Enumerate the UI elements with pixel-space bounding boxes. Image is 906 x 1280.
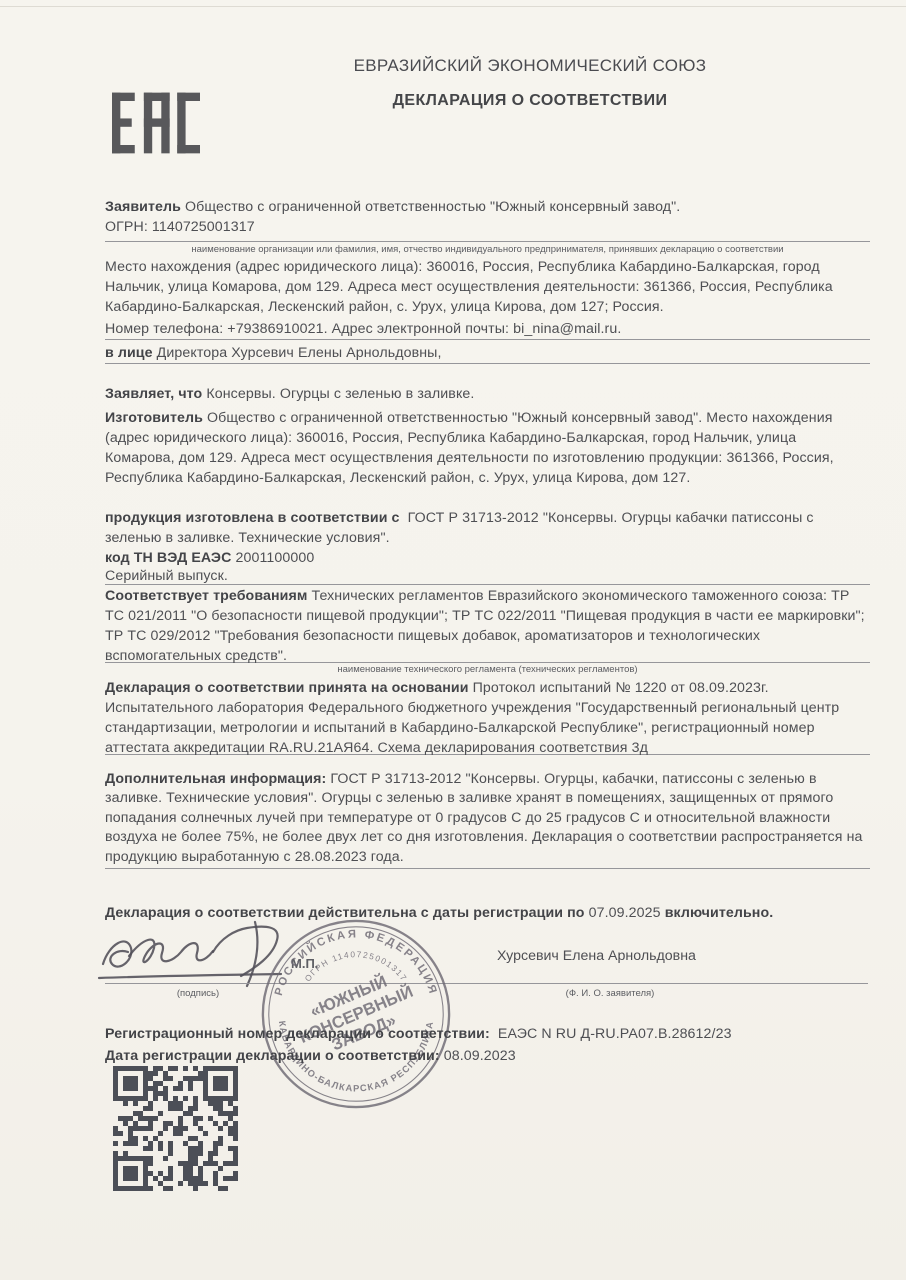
production-standard-label: продукция изготовлена в соответствии с: [105, 510, 400, 526]
applicant-block: Заявитель Общество с ограниченной ответс…: [105, 197, 870, 242]
manufacturer-block: Изготовитель Общество с ограниченной отв…: [105, 408, 863, 488]
registration-date-value: 08.09.2023: [444, 1048, 516, 1064]
applicant-name: Общество с ограниченной ответственностью…: [185, 199, 680, 215]
registration-number-value: ЕАЭС N RU Д-RU.РА07.В.28612/23: [498, 1026, 732, 1042]
compliance-label: Соответствует требованиям: [105, 588, 307, 604]
page-title: ДЕКЛАРАЦИЯ О СООТВЕТСТВИИ: [160, 92, 900, 110]
compliance-caption: наименование технического регламента (те…: [105, 664, 870, 676]
union-name: ЕВРАЗИЙСКИЙ ЭКОНОМИЧЕСКИЙ СОЮЗ: [160, 56, 900, 76]
declares-block: Заявляет, что Консервы. Огурцы с зеленью…: [105, 384, 870, 404]
tnved-label: код ТН ВЭД ЕАЭС: [105, 550, 231, 566]
validity-suffix: включительно.: [665, 905, 774, 921]
additional-info-label: Дополнительная информация:: [105, 771, 326, 787]
registration-number-row: Регистрационный номер декларации о соотв…: [105, 1024, 870, 1044]
scan-edge-artifact: [0, 6, 906, 7]
registration-date-row: Дата регистрации декларации о соответств…: [105, 1046, 870, 1066]
svg-text:ОГРН 1140725001317: ОГРН 1140725001317: [302, 949, 409, 983]
stamp-ogrn-arc: ОГРН 1140725001317: [302, 949, 409, 983]
in-person-label: в лице: [105, 345, 153, 361]
document-page: ЕВРАЗИЙСКИЙ ЭКОНОМИЧЕСКИЙ СОЮЗ ДЕКЛАРАЦИ…: [0, 0, 906, 1280]
declares-label: Заявляет, что: [105, 386, 202, 402]
tnved-block: код ТН ВЭД ЕАЭС 2001100000: [105, 548, 870, 568]
signature-line: [105, 983, 868, 984]
additional-info-block: Дополнительная информация: ГОСТ Р 31713-…: [105, 770, 870, 869]
applicant-caption: наименование организации или фамилия, им…: [105, 244, 870, 256]
validity-date: 07.09.2025: [589, 905, 661, 921]
fio-caption: (Ф. И. О. заявителя): [500, 988, 720, 999]
applicant-fio: Хурсевич Елена Арнольдовна: [497, 948, 696, 964]
manufacturer-text: Общество с ограниченной ответственностью…: [105, 410, 834, 486]
applicant-ogrn: ОГРН: 1140725001317: [105, 219, 255, 235]
in-person-value: Директора Хурсевич Елены Арнольдовны,: [157, 345, 442, 361]
declares-text: Консервы. Огурцы с зеленью в заливке.: [206, 386, 474, 402]
applicant-contacts: Номер телефона: +79386910021. Адрес элек…: [105, 319, 870, 340]
manufacturer-label: Изготовитель: [105, 410, 203, 426]
serial-release: Серийный выпуск.: [105, 566, 870, 585]
eac-logo-icon: [112, 84, 200, 167]
company-round-stamp: РОССИЙСКАЯ ФЕДЕРАЦИЯ ОГРН 1140725001317 …: [258, 916, 454, 1117]
registration-date-label: Дата регистрации декларации о соответств…: [105, 1048, 440, 1064]
in-person-block: в лице Директора Хурсевич Елены Арнольдо…: [105, 343, 870, 364]
production-standard-block: продукция изготовлена в соответствии с Г…: [105, 508, 870, 548]
compliance-block: Соответствует требованиям Технических ре…: [105, 586, 870, 663]
basis-block: Декларация о соответствии принята на осн…: [105, 678, 870, 755]
applicant-label: Заявитель: [105, 199, 181, 215]
applicant-address: Место нахождения (адрес юридического лиц…: [105, 257, 870, 317]
basis-label: Декларация о соответствии принята на осн…: [105, 680, 469, 696]
signature-caption: (подпись): [148, 988, 248, 999]
registration-number-label: Регистрационный номер декларации о соотв…: [105, 1026, 490, 1042]
tnved-value: 2001100000: [235, 550, 314, 566]
qr-code: [113, 1066, 238, 1191]
